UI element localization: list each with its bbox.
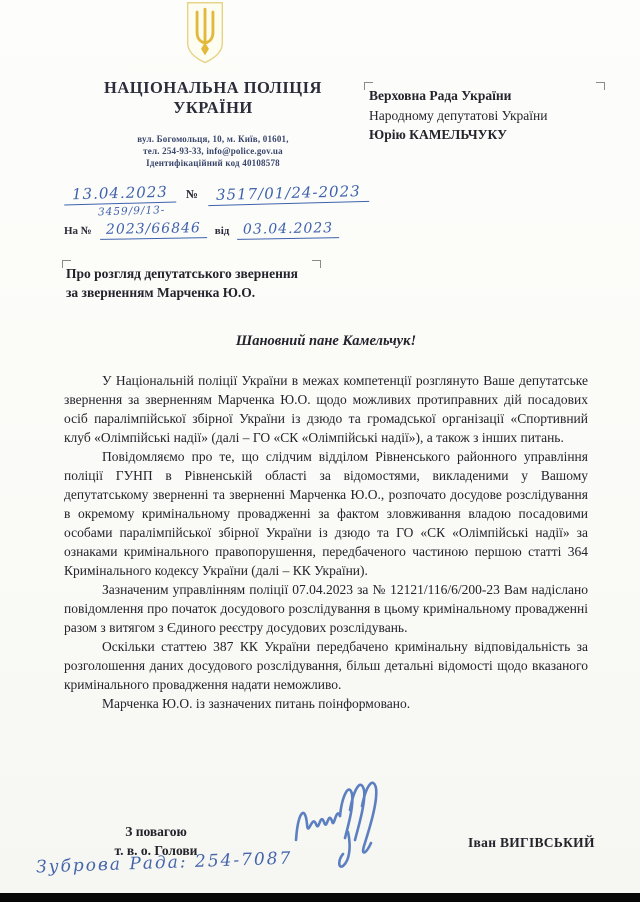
secondary-number-handwritten: 3459/9/13- (98, 204, 178, 219)
recipient-block: Верховна Рада України Народному депутато… (369, 86, 604, 145)
subject-line2: за зверненням Марченка Ю.О. (66, 283, 346, 302)
recipient-org: Верховна Рада України (369, 86, 604, 106)
subject-line1: Про розгляд депутатського звернення (66, 264, 346, 283)
footer-handwritten-note: Зуброва Рада: 254-7087 (36, 849, 293, 878)
incoming-reference-line: На № 2023/66846 від 03.04.2023 (64, 221, 454, 239)
org-address-line3: Ідентифікаційний код 40108578 (68, 157, 358, 169)
paragraph-4: Оскільки статтею 387 КК України передбач… (64, 637, 588, 694)
signature-ink (288, 776, 423, 873)
recipient-name: Юрію КАМЕЛЬЧУКУ (369, 125, 604, 145)
reference-block: 13.04.2023 № 3517/01/24-2023 3459/9/13- … (64, 184, 454, 239)
outgoing-reference-line: 13.04.2023 № 3517/01/24-2023 (64, 184, 454, 204)
letterhead: НАЦІОНАЛЬНА ПОЛІЦІЯ УКРАЇНИ вул. Богомол… (68, 78, 358, 169)
from-date-label: від (215, 225, 230, 239)
incoming-date-handwritten: 03.04.2023 (237, 220, 339, 240)
scanned-letter-page: НАЦІОНАЛЬНА ПОЛІЦІЯ УКРАЇНИ вул. Богомол… (0, 0, 640, 902)
paragraph-3: Зазначеним управлінням поліції 07.04.202… (64, 580, 588, 637)
scan-edge-bar (0, 893, 640, 902)
salutation: Шановний пане Камельчук! (64, 333, 588, 350)
paragraph-5: Марченка Ю.О. із зазначених питань поінф… (64, 694, 588, 713)
number-sign: № (186, 187, 198, 204)
outgoing-number-handwritten: 3517/01/24-2023 (208, 182, 369, 206)
incoming-number-label: На № (64, 225, 92, 239)
org-address-line2: тел. 254-93-33, info@police.gov.ua (68, 145, 358, 157)
paragraph-1: У Національній поліції України в межах к… (64, 371, 588, 447)
paragraph-2: Повідомляємо про те, що слідчим відділом… (64, 447, 588, 580)
letter-body: У Національній поліції України в межах к… (64, 371, 588, 713)
closing-respectfully: З повагою (86, 822, 226, 841)
org-address: вул. Богомольця, 10, м. Київ, 01601, тел… (68, 133, 358, 169)
org-address-line1: вул. Богомольця, 10, м. Київ, 01601, (68, 133, 358, 145)
subject-block: Про розгляд депутатського звернення за з… (66, 264, 346, 302)
org-name: НАЦІОНАЛЬНА ПОЛІЦІЯ УКРАЇНИ (68, 78, 358, 118)
recipient-role: Народному депутатові України (369, 106, 604, 126)
incoming-number-handwritten: 2023/66846 (100, 220, 207, 240)
ukraine-trident-icon (183, 2, 227, 69)
outgoing-date-handwritten: 13.04.2023 (64, 183, 176, 206)
signer-name: Іван ВИГІВСЬКИЙ (468, 835, 595, 851)
